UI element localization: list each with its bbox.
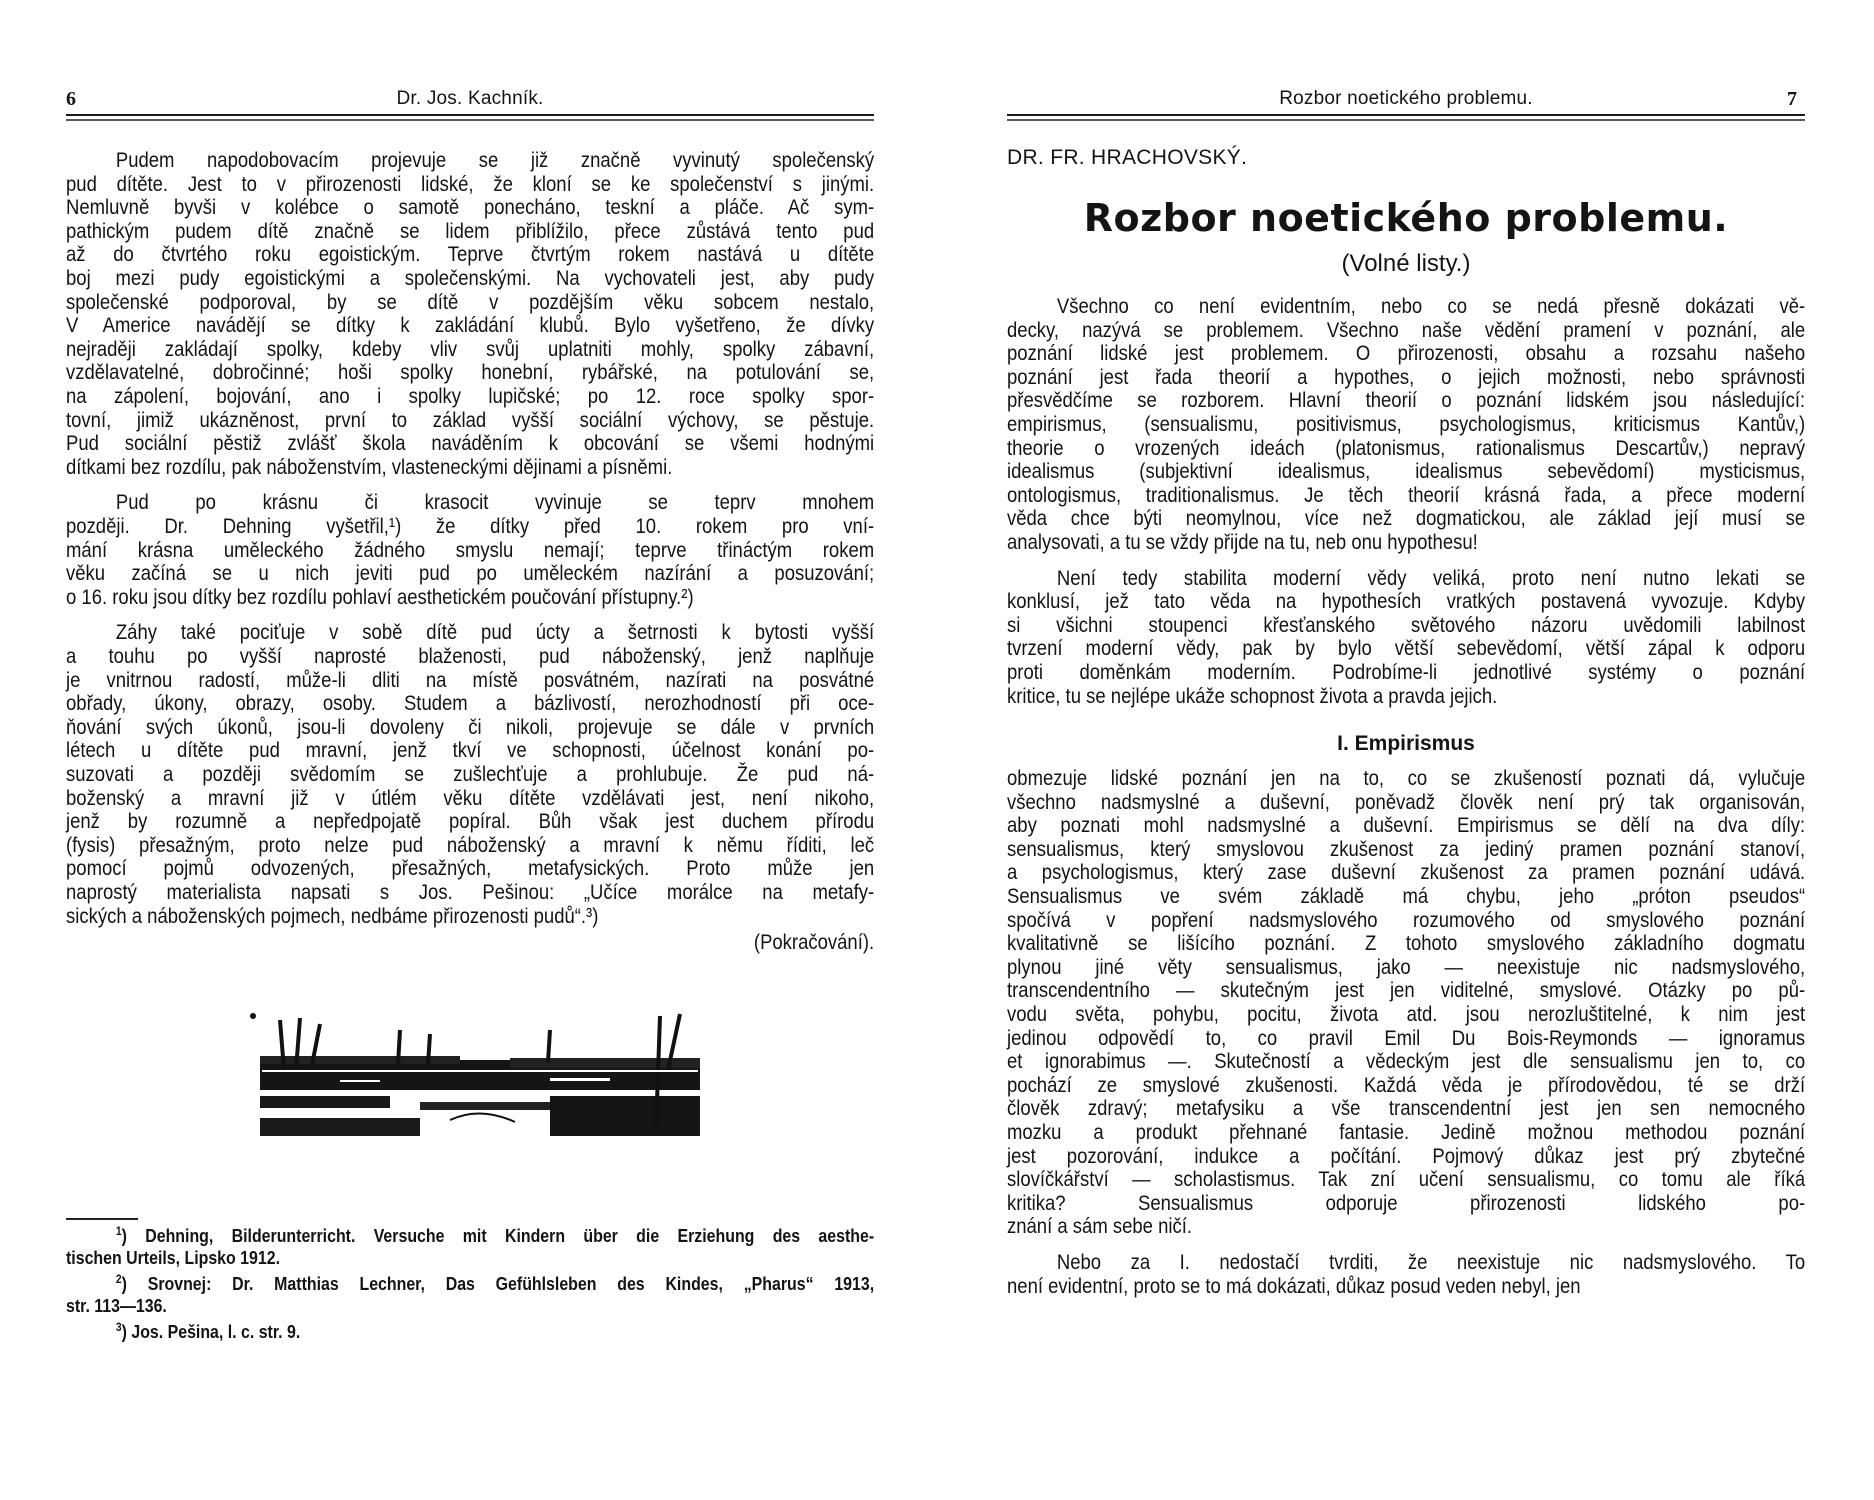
text-line: boženský a mravní již v útlém věku dítět… [66, 786, 874, 810]
text-line: Záhy také pociťuje v sobě dítě pud úcty … [66, 620, 874, 644]
left-page: 6 Dr. Jos. Kachník. Pudem napodobovacím … [66, 0, 874, 1500]
footnote-line: tischen Urteils, Lipsko 1912. [66, 1247, 874, 1269]
text-line: dítkami bez rozdílu, pak náboženstvím, v… [66, 455, 874, 479]
text-line: a psychologismus, který zase duševní zku… [1007, 860, 1805, 884]
text-line: pud dítěte. Jest to v přirozenosti lidsk… [66, 172, 874, 196]
text-line: jedinou odpovědí to, co pravil Emil Du B… [1007, 1026, 1805, 1050]
text-line: létech u dítěte pud mravní, jenž tkví ve… [66, 738, 874, 762]
text-line: poznání jest řada theorií a hypothes, o … [1007, 365, 1805, 389]
text-line: mozku a produkt přehnané fantasie. Jedin… [1007, 1120, 1805, 1144]
footnote-rule [66, 1218, 138, 1220]
running-head-title: Dr. Jos. Kachník. [66, 88, 874, 110]
text-line: znání a sám sebe ničí. [1007, 1214, 1805, 1238]
text-line: až do čtvrtého roku egoistickým. Teprve … [66, 242, 874, 266]
article-subtitle: (Volné listy.) [1007, 250, 1805, 278]
text-line: analysovati, a tu se vždy přijde na tu, … [1007, 530, 1805, 554]
text-line: sensualismus, který smyslovou zkušenost … [1007, 837, 1805, 861]
text-line: vzdělavatelné, dobročinné; hoši spolky h… [66, 360, 874, 384]
text-line: sických a náboženských pojmech, nedbáme … [66, 904, 874, 928]
text-line: je vnitrnou radostí, může-li dliti na mí… [66, 668, 874, 692]
text-line: Pudem napodobovacím projevuje se již zna… [66, 148, 874, 172]
text-line: Pud sociální pěstiž zvlášť škola naváděn… [66, 431, 874, 455]
text-line: nejraději zakládají spolky, kdeby vliv s… [66, 337, 874, 361]
article-author: DR. FR. HRACHOVSKÝ. [1007, 146, 1247, 170]
right-page: Rozbor noetického problemu. 7 DR. FR. HR… [1007, 0, 1805, 1500]
text-line: jenž by rozumně a nepředpojatě popíral. … [66, 809, 874, 833]
text-line: tovní, jimiž ukázněnost, první to základ… [66, 408, 874, 432]
running-head-title: Rozbor noetického problemu. [1007, 88, 1805, 110]
text-line: ňování svých úkonů, jsou-li dovoleny či … [66, 715, 874, 739]
text-line: pathickým pudem dítě značně se lidem při… [66, 219, 874, 243]
footnote-line: str. 113—136. [66, 1295, 874, 1317]
header-rule [66, 114, 874, 116]
text-line: obřady, úkony, obrazy, osoby. Studem a b… [66, 691, 874, 715]
text-line: boj mezi pudy egoistickými a společenský… [66, 266, 874, 290]
text-line: plynou jiné věty sensualismus, jako — ne… [1007, 955, 1805, 979]
text-line: obmezuje lidské poznání jen na to, co se… [1007, 766, 1805, 790]
landscape-illustration [250, 1010, 710, 1138]
text-line: přesvědčíme se rozborem. Hlavní theorií … [1007, 388, 1805, 412]
text-line: Není tedy stabilita moderní vědy veliká,… [1007, 566, 1805, 590]
footnote-line: 3) Jos. Pešina, l. c. str. 9. [66, 1321, 874, 1343]
text-line: společenské podporoval, by se dítě v poz… [66, 290, 874, 314]
text-line: (fysis) přesažným, proto nelze pud nábož… [66, 833, 874, 857]
text-line: kritice, tu se nejlépe ukáže schopnost ž… [1007, 684, 1805, 708]
text-line: poznání lidské jest problemem. O přiroze… [1007, 341, 1805, 365]
text-line: kvalitativně se lišícího poznání. Z toho… [1007, 931, 1805, 955]
section-heading: I. Empirismus [1007, 732, 1805, 756]
text-line: Nebo za I. nedostačí tvrditi, že neexist… [1007, 1250, 1805, 1274]
text-line: si všichni stoupenci křesťanského světov… [1007, 613, 1805, 637]
text-line: Sensualismus ve svém základě má chybu, j… [1007, 884, 1805, 908]
text-line: všechno nadsmyslné a duševní, poněvadž č… [1007, 790, 1805, 814]
running-head-left: 6 Dr. Jos. Kachník. [66, 88, 874, 112]
text-line: aby poznati mohl nadsmyslné a duševní. E… [1007, 813, 1805, 837]
text-line: transcendentního — skutečným jest jen vi… [1007, 978, 1805, 1002]
text-line: tvrzení moderní vědy, pak by bylo větší … [1007, 636, 1805, 660]
text-line: věda chce býti neomylnou, více než dogma… [1007, 506, 1805, 530]
text-line: o 16. roku jsou dítky bez rozdílu pohlav… [66, 585, 874, 609]
text-line: naprostý materialista napsati s Jos. Peš… [66, 880, 874, 904]
text-line: V Americe navádějí se dítky k zakládání … [66, 313, 874, 337]
header-rule-thin [66, 119, 874, 121]
footnote-line: 2) Srovnej: Dr. Matthias Lechner, Das Ge… [66, 1273, 874, 1295]
text-line: později. Dr. Dehning vyšetřil,¹) že dítk… [66, 514, 874, 538]
text-line: konklusí, jež tato věda na hypothesích v… [1007, 589, 1805, 613]
text-line: proti doměnkám moderním. Podrobíme-li je… [1007, 660, 1805, 684]
text-line: věku začíná se u nich jeviti pud po uměl… [66, 561, 874, 585]
page-number: 7 [1787, 88, 1797, 111]
text-line: pochází ze smyslové zkušenosti. Každá vě… [1007, 1073, 1805, 1097]
text-line: jest pozorování, indukce a počítání. Poj… [1007, 1144, 1805, 1168]
header-rule-thin [1007, 119, 1805, 121]
text-line: kritika? Sensualismus odporuje přirozeno… [1007, 1191, 1805, 1215]
continued-note: (Pokračování). [66, 930, 874, 954]
text-line: theorie o vrozených ideách (platonismus,… [1007, 436, 1805, 460]
header-rule [1007, 114, 1805, 116]
text-line: mání krásna uměleckého žádného smyslu ne… [66, 538, 874, 562]
text-line: člověk zdravý; metafysiku a vše transcen… [1007, 1096, 1805, 1120]
running-head-right: Rozbor noetického problemu. 7 [1007, 88, 1805, 112]
text-line: et ignorabimus —. Skutečností a vědeckým… [1007, 1049, 1805, 1073]
text-line: idealismus (subjektivní idealismus, idea… [1007, 459, 1805, 483]
text-line: na zápolení, bojování, ano i spolky lupi… [66, 384, 874, 408]
text-line: slovíčkářství — scholastismus. Tak zní u… [1007, 1167, 1805, 1191]
text-line: a touhu po vyšší naprosté blaženosti, pu… [66, 644, 874, 668]
text-line: pomocí pojmů odvozených, přesažných, met… [66, 856, 874, 880]
text-line: ontologismus, traditionalismus. Je těch … [1007, 483, 1805, 507]
text-line: Nemluvně byvši v kolébce o samotě ponech… [66, 195, 874, 219]
text-line: decky, nazývá se problemem. Všechno naše… [1007, 318, 1805, 342]
text-line: Pud po krásnu či krasocit vyvinuje se te… [66, 490, 874, 514]
text-line: Všechno co není evidentním, nebo co se n… [1007, 294, 1805, 318]
text-line: vodu světa, pohybu, pocitu, života atd. … [1007, 1002, 1805, 1026]
footnote-line: 1) Dehning, Bilderunterricht. Versuche m… [66, 1225, 874, 1247]
text-line: spočívá v popření nadsmyslového rozumové… [1007, 908, 1805, 932]
article-title: Rozbor noetického problemu. [1007, 196, 1805, 240]
text-line: empirismus, (sensualismu, positivismus, … [1007, 412, 1805, 436]
text-line: není evidentní, proto se to má dokázati,… [1007, 1274, 1805, 1298]
text-line: suzovati a později svědomím se zušlechťu… [66, 762, 874, 786]
